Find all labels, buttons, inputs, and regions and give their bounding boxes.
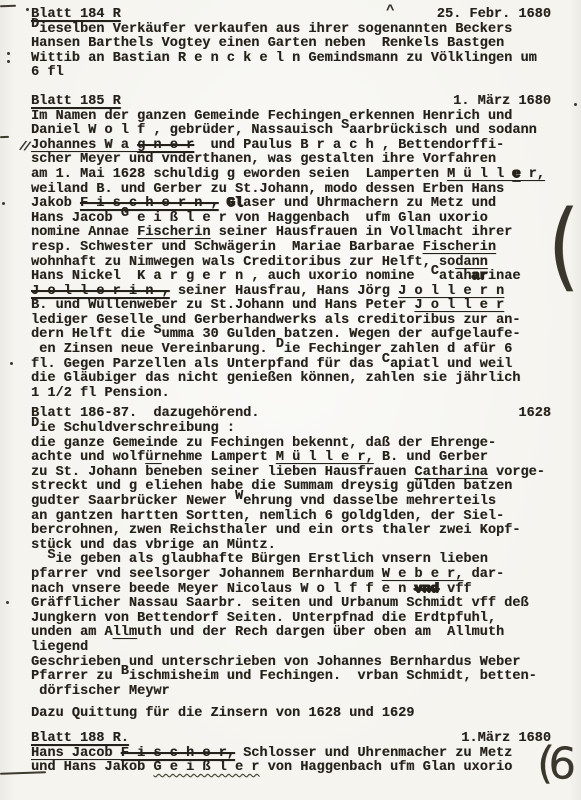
text-line: en Zinsen neue Vereinbarung. Die Feching… xyxy=(31,343,551,358)
text-line: Jakob F i s c h e r n , Glaser und Uhrma… xyxy=(31,197,551,212)
text-line: Hans Nickel K a r g e r n , auch uxorio … xyxy=(31,270,551,285)
handwritten-mark-dash xyxy=(0,5,16,8)
date-label: 1628 xyxy=(518,407,551,422)
text-line: und Hans Jakob G e i ß l e r von Haggenb… xyxy=(31,761,551,776)
blatt-label: Blatt 184 R xyxy=(31,8,121,23)
handwritten-mark-dot xyxy=(574,103,577,106)
blatt-label: Blatt 186-87. dazugehörend. xyxy=(31,407,259,422)
text-line: lediger Geselle und Gerberhandwerks als … xyxy=(31,314,551,329)
date-label: 1. März 1680 xyxy=(453,95,551,110)
text-line: bercrohnen, zwen Reichsthaler und ein or… xyxy=(31,524,551,539)
text-line: stück und das vbrige an Müntz. xyxy=(31,539,551,554)
text-line: Johannes W a g n e r und Paulus B r a c … xyxy=(31,139,551,154)
text-line: gudter Saarbrücker Newer Wehrung vnd das… xyxy=(31,495,551,510)
handwritten-mark-paren: ( xyxy=(548,198,580,294)
text-line: wohnhaft zu Nimwegen wals Creditoribus z… xyxy=(31,256,551,271)
text-line: Sie geben als glaubhafte Bürgen Erstlich… xyxy=(31,553,551,568)
text-line: dern Helft die Summa 30 Gulden batzen. W… xyxy=(31,328,551,343)
text-line: Daniel W o l f , gebrüder, Nassauisch Sa… xyxy=(31,124,551,139)
text-line: fl. Gegen Parzellen als Unterpfand für d… xyxy=(31,358,551,373)
text-line: zu St. Johann beneben seiner lieben Haus… xyxy=(31,466,551,481)
text-line: die ganze Gemeinde zu Fechingen bekennt,… xyxy=(31,437,551,452)
text-line: am 1. Mai 1628 schuldig g eworden seien … xyxy=(31,168,551,183)
text-line: Dazu Quittung für die Zinsern von 1628 u… xyxy=(31,707,551,722)
section-blatt-185: Blatt 185 R1. März 1680Im Namen der ganz… xyxy=(31,95,551,401)
text-line: Geschrieben und unterschrieben von Johan… xyxy=(31,656,551,671)
handwritten-mark-dot xyxy=(10,362,13,365)
handwritten-mark-dot xyxy=(7,60,10,63)
handwritten-mark-dot xyxy=(2,202,5,205)
section-blatt-186-87: Blatt 186-87. dazugehörend.1628Die Schul… xyxy=(31,407,551,699)
text-line: Im Namen der ganzen Gemeinde Fechingen e… xyxy=(31,110,551,125)
section-heading: Blatt 185 R1. März 1680 xyxy=(31,95,551,110)
document-page: Blatt 184 R25. Febr. 1680Dieselben Verkä… xyxy=(0,0,581,800)
text-line: Pfarrer zu Bischmisheim und Fechingen. v… xyxy=(31,670,551,685)
blatt-label: Blatt 188 R. xyxy=(31,732,129,747)
section-quittung-note: Dazu Quittung für die Zinsern von 1628 u… xyxy=(31,707,551,722)
text-line: weiland B. und Gerber zu St.Johann, modo… xyxy=(31,183,551,198)
text-line: Dieselben Verkäufer verkaufen aus ihrer … xyxy=(31,23,551,38)
text-line: pfarrer vnd seelsorger Johannem Bernhard… xyxy=(31,568,551,583)
text-line: streckt und g eliehen habe die Summam dr… xyxy=(31,480,551,495)
text-line: die Gläubiger das nicht genießen können,… xyxy=(31,372,551,387)
section-blatt-188: Blatt 188 R.1.März 1680Hans Jacob F i s … xyxy=(31,732,551,776)
text-line: Jungkern von Bettendorf Seiten. Unterpfn… xyxy=(31,612,551,627)
text-line: resp. Schwester und Schwägerin Mariae Ba… xyxy=(31,241,551,256)
handwritten-mark-dot xyxy=(7,52,10,55)
text-line: achte und wolfürnehme Lampert M ü l l e … xyxy=(31,451,551,466)
text-line: J o l l e r i n , seiner Hausfrau, Hans … xyxy=(31,285,551,300)
text-line: Hans Jacob F i s c h e r, Schlosser und … xyxy=(31,747,551,762)
text-line: 6 fl xyxy=(31,66,551,81)
section-blatt-184: Blatt 184 R25. Febr. 1680Dieselben Verkä… xyxy=(31,8,551,81)
text-line: an gantzen hartten Sortten, nemlich 6 go… xyxy=(31,510,551,525)
date-label: 1.März 1680 xyxy=(461,732,551,747)
section-heading: Blatt 186-87. dazugehörend.1628 xyxy=(31,407,551,422)
text-line: dörfischer Meywr xyxy=(31,685,551,700)
section-heading: Blatt 188 R.1.März 1680 xyxy=(31,732,551,747)
text-line: Gräfflicher Nassau Saarbr. seiten und Ur… xyxy=(31,597,551,612)
text-line: nach vnsere beede Meyer Nicolaus W o l f… xyxy=(31,583,551,598)
text-line: unden am Allmuth und der Rech dargen übe… xyxy=(31,626,551,641)
text-line: Hans Jacob G e i ß l e r von Haggenbach … xyxy=(31,212,551,227)
text-line: Die Schuldverschreibung : xyxy=(31,422,551,437)
handwritten-mark-dot xyxy=(6,601,9,604)
date-label: 25. Febr. 1680 xyxy=(437,8,551,23)
text-line: scher Meyer und vnderthanen, was gestalt… xyxy=(31,153,551,168)
blatt-label: Blatt 185 R xyxy=(31,95,121,110)
handwritten-mark-slashes: // xyxy=(18,139,28,153)
section-heading: Blatt 184 R25. Febr. 1680 xyxy=(31,8,551,23)
text-line: nomine Annae Fischerin seiner Hausfrauen… xyxy=(31,226,551,241)
text-line: Hansen Barthels Vogtey einen Garten nebe… xyxy=(31,37,551,52)
handwritten-mark-dash xyxy=(0,136,9,138)
handwritten-mark-dot xyxy=(26,8,29,11)
text-line: B. und Wüllenweber zu St.Johann und Hans… xyxy=(31,299,551,314)
text-line: 1 1/2 fl Pension. xyxy=(31,387,551,402)
text-line: liegend xyxy=(31,641,551,656)
text-line: Wittib an Bastian R e n c k e l n Gemind… xyxy=(31,52,551,67)
